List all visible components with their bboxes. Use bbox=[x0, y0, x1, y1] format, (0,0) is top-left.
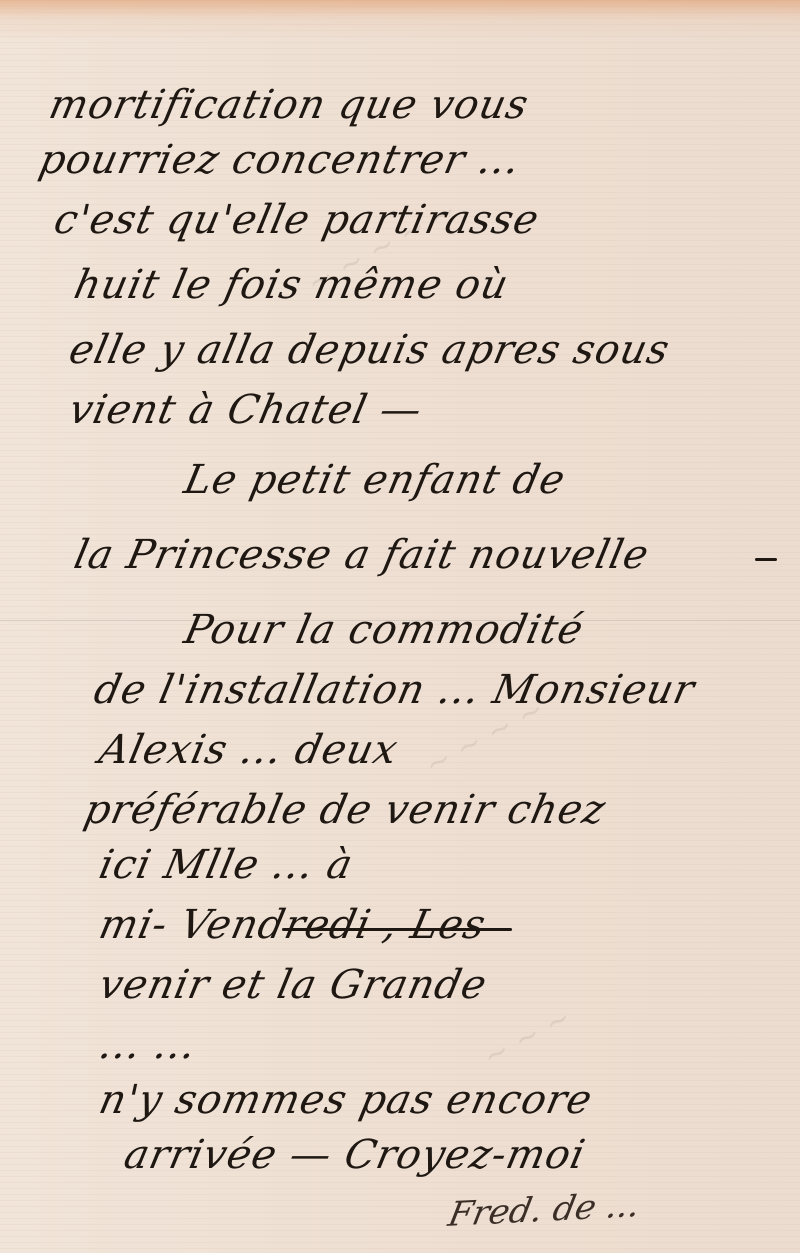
handwritten-line: mi- Vendredi , Les bbox=[96, 905, 490, 945]
handwritten-line: arrivée — Croyez-moi bbox=[121, 1135, 589, 1175]
handwritten-line: elle y alla depuis apres sous bbox=[66, 330, 674, 370]
letter-page: ~ ~ ~ ~ ~ ~ ~ ~ ~ ~ ~ ~ mortification qu… bbox=[0, 0, 800, 1253]
handwritten-line: préférable de venir chez bbox=[81, 790, 610, 830]
handwritten-line: huit le fois même où bbox=[71, 265, 512, 305]
handwritten-line: ... ... bbox=[96, 1025, 201, 1065]
emphasis-underline bbox=[282, 928, 512, 931]
handwritten-line: mortification que vous bbox=[46, 85, 533, 125]
handwritten-line: Le petit enfant de bbox=[181, 460, 569, 500]
handwritten-line: la Princesse a fait nouvelle bbox=[71, 535, 653, 575]
handwritten-line: c'est qu'elle partirasse bbox=[51, 200, 543, 240]
handwritten-line: de l'installation ... Monsieur bbox=[91, 670, 699, 710]
handwritten-line: Alexis ... deux bbox=[96, 730, 402, 770]
handwritten-line: n'y sommes pas encore bbox=[96, 1080, 596, 1120]
handwritten-line: Pour la commodité bbox=[181, 610, 587, 650]
ink-bleed-through: ~ ~ ~ bbox=[477, 1000, 577, 1075]
handwritten-line: venir et la Grande bbox=[96, 965, 491, 1005]
handwritten-line: pourriez concentrer ... bbox=[36, 140, 524, 180]
handwritten-line: ici Mlle ... à bbox=[96, 845, 357, 885]
handwritten-line: vient à Chatel — bbox=[66, 390, 426, 430]
signature: Fred. de ... bbox=[445, 1185, 644, 1235]
line-end-dash bbox=[755, 558, 777, 561]
